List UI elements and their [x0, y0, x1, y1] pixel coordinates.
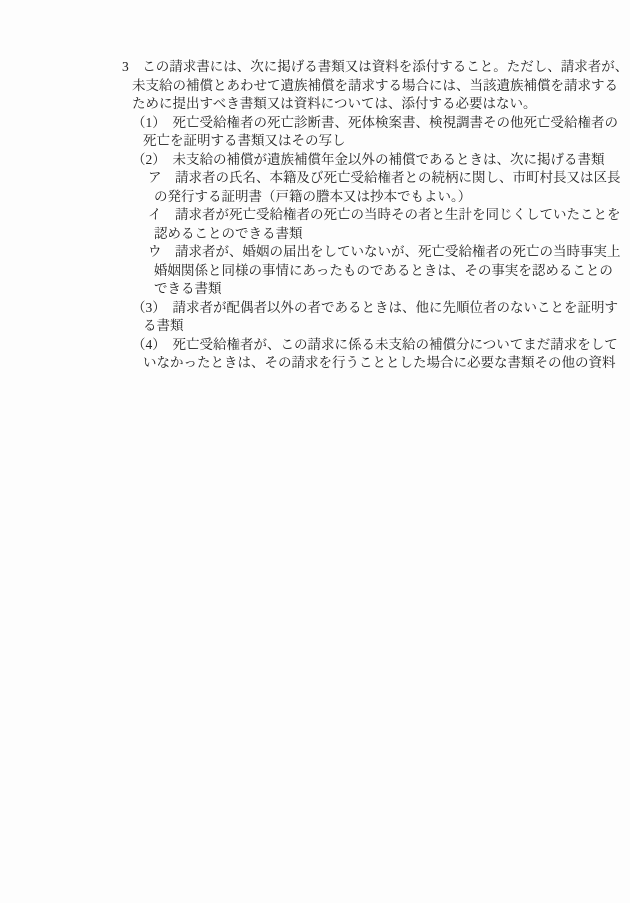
sub-item-a-line-1: ア 請求者の氏名、本籍及び死亡受給権者との続柄に関し、市町村長又は区長	[148, 169, 630, 188]
sub-item-u-line-3: できる書類	[154, 280, 630, 299]
clause-4-line-2: いなかったときは、その請求を行うこととした場合に必要な書類その他の資料	[143, 354, 630, 373]
sub-item-u-line-2: 婚姻関係と同様の事情にあったものであるときは、その事実を認めることの	[154, 262, 630, 281]
clause-1-line-1: （1） 死亡受給権者の死亡診断書、死体検案書、検視調書その他死亡受給権者の	[132, 114, 630, 133]
clause-2-line-1: （2） 未支給の補償が遺族補償年金以外の補償であるときは、次に掲げる書類	[132, 151, 630, 170]
item3-intro-line-3: ために提出すべき書類又は資料については、添付する必要はない。	[132, 95, 630, 114]
document-page: 3 この請求書には、次に掲げる書類又は資料を添付すること。ただし、請求者が、 未…	[0, 0, 630, 903]
clause-3-line-1: （3） 請求者が配偶者以外の者であるときは、他に先順位者のないことを証明す	[132, 299, 630, 318]
clause-3-line-2: る書類	[143, 317, 630, 336]
sub-item-u-line-1: ウ 請求者が、婚姻の届出をしていないが、死亡受給権者の死亡の当時事実上	[148, 243, 630, 262]
item3-intro-line-2: 未支給の補償とあわせて遺族補償を請求する場合には、当該遺族補償を請求する	[132, 77, 630, 96]
sub-item-a-line-2: の発行する証明書（戸籍の謄本又は抄本でもよい。）	[154, 188, 630, 207]
sub-item-i-line-2: 認めることのできる書類	[154, 225, 630, 244]
clause-4-line-1: （4） 死亡受給権者が、この請求に係る未支給の補償分についてまだ請求をして	[132, 336, 630, 355]
clause-1-line-2: 死亡を証明する書類又はその写し	[143, 132, 630, 151]
sub-item-i-line-1: イ 請求者が死亡受給権者の死亡の当時その者と生計を同じくしていたことを	[148, 206, 630, 225]
item3-intro-line-1: 3 この請求書には、次に掲げる書類又は資料を添付すること。ただし、請求者が、	[122, 58, 630, 77]
document-text-block: 3 この請求書には、次に掲げる書類又は資料を添付すること。ただし、請求者が、 未…	[0, 58, 630, 373]
